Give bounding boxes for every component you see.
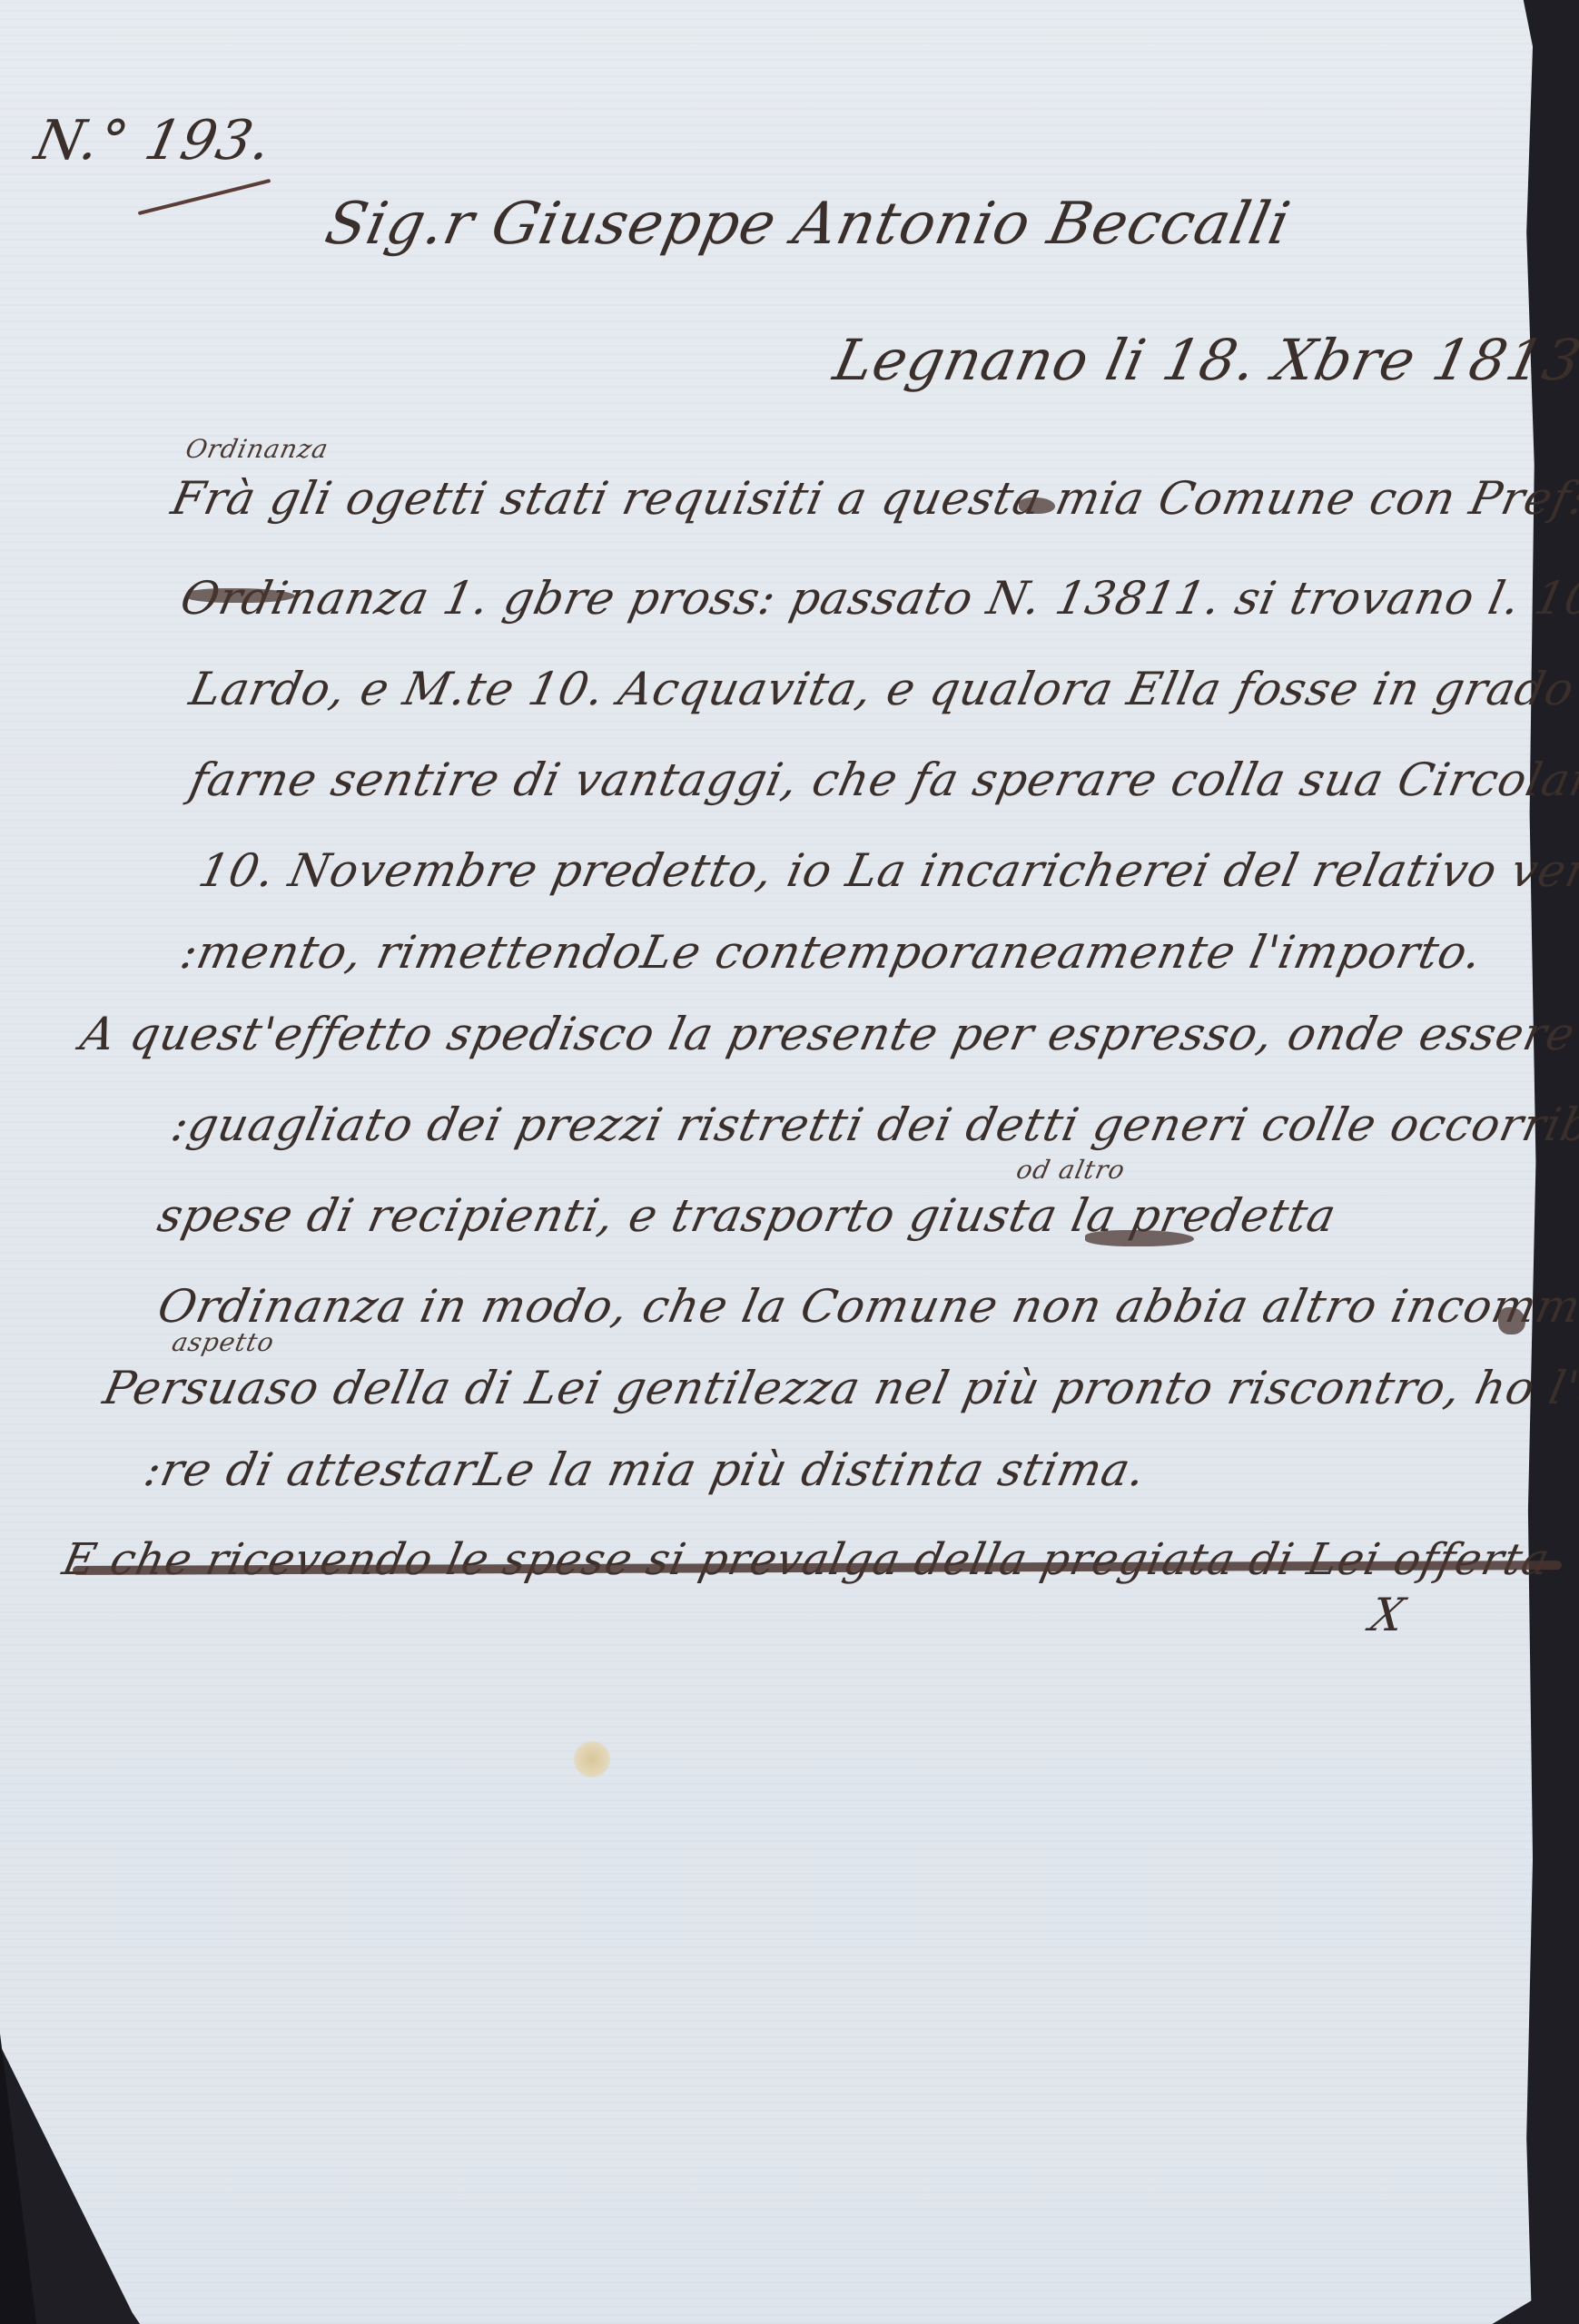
body-line: Ordinanza in modo, che la Comune non abb… [153,1280,1579,1333]
body-line: 10. Novembre predetto, io La incarichere… [194,844,1579,897]
interlinear-insertion: Ordinanza [183,434,331,464]
body-line: A quest'effetto spedisco la presente per… [76,1008,1579,1060]
body-line: farne sentire di vantaggi, che fa sperar… [185,753,1579,806]
background-edge [0,2033,36,2324]
paper-stain [574,1741,610,1777]
body-line: :mento, rimettendoLe contemporaneamente … [176,926,1487,979]
struck-through-line: E che ricevendo le spese si prevalga del… [58,1534,1554,1585]
ink-blot [1085,1230,1194,1246]
reference-number: N.° 193. [30,109,278,172]
body-line: Frà gli ogetti stati requisiti a questa … [167,472,1579,525]
ink-blot [186,588,295,603]
dateline: Legnano li 18. Xbre 1813. [828,327,1579,393]
body-line: Lardo, e M.te 10. Acquavita, e qualora E… [185,663,1579,715]
addressee: Sig.r Giuseppe Antonio Beccalli [320,191,1296,258]
interlinear-insertion: aspetto [169,1327,277,1357]
ink-blot [1498,1307,1525,1334]
body-line: Ordinanza 1. gbre pross: passato N. 1381… [176,572,1579,625]
body-line: :re di attestarLe la mia più distinta st… [140,1443,1151,1496]
body-line: :guagliato dei prezzi ristretti dei dett… [167,1098,1579,1151]
body-line: Persuaso della di Lei gentilezza nel più… [99,1362,1579,1414]
interlinear-insertion: od altro [1013,1155,1128,1185]
ink-blot [1019,497,1055,514]
